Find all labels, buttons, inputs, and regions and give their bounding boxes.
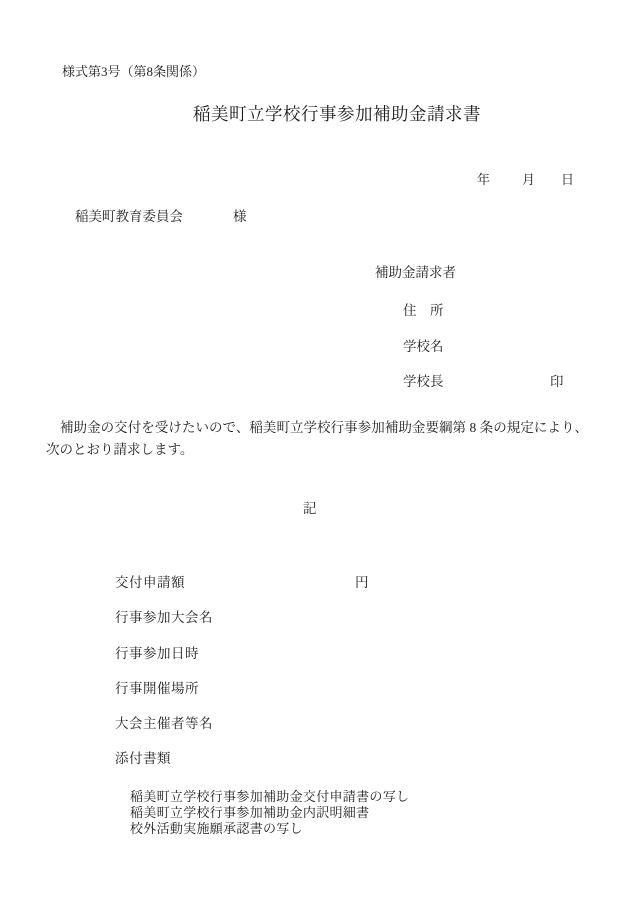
date-month-label: 月 — [522, 169, 535, 188]
document-page: 様式第3号（第8条関係） 稲美町立学校行事参加補助金請求書 年 月 日 稲美町教… — [0, 0, 630, 903]
attachment-line: 校外活動実施願承認書の写し — [130, 818, 303, 837]
item-event-name-label: 行事参加大会名 — [115, 606, 213, 626]
seal-mark: 印 — [550, 370, 564, 390]
item-organizer-label: 大会主催者等名 — [115, 712, 213, 732]
item-attachments-label: 添付書類 — [115, 747, 171, 767]
address-field-label: 住 所 — [403, 299, 444, 319]
item-event-venue-label: 行事開催場所 — [115, 677, 199, 697]
principal-field-label: 学校長 — [403, 370, 444, 390]
recipient-name: 稲美町教育委員会 — [75, 205, 183, 225]
body-paragraph: 補助金の交付を受けたいので、稲美町立学校行事参加補助金要綱第 8 条の規定により… — [46, 417, 588, 461]
school-name-field-label: 学校名 — [403, 335, 444, 355]
form-number: 様式第3号（第8条関係） — [62, 61, 205, 80]
item-event-datetime-label: 行事参加日時 — [115, 642, 199, 662]
item-grant-amount-label: 交付申請額 — [115, 571, 185, 591]
recipient-honorific: 様 — [233, 205, 247, 225]
item-grant-amount-unit: 円 — [355, 571, 369, 591]
date-day-label: 日 — [561, 169, 574, 188]
date-year-label: 年 — [477, 169, 490, 188]
document-title: 稲美町立学校行事参加補助金請求書 — [193, 101, 481, 126]
record-marker: 記 — [303, 497, 317, 517]
claimant-heading: 補助金請求者 — [375, 261, 456, 281]
date-line: 年 月 日 — [0, 169, 630, 187]
